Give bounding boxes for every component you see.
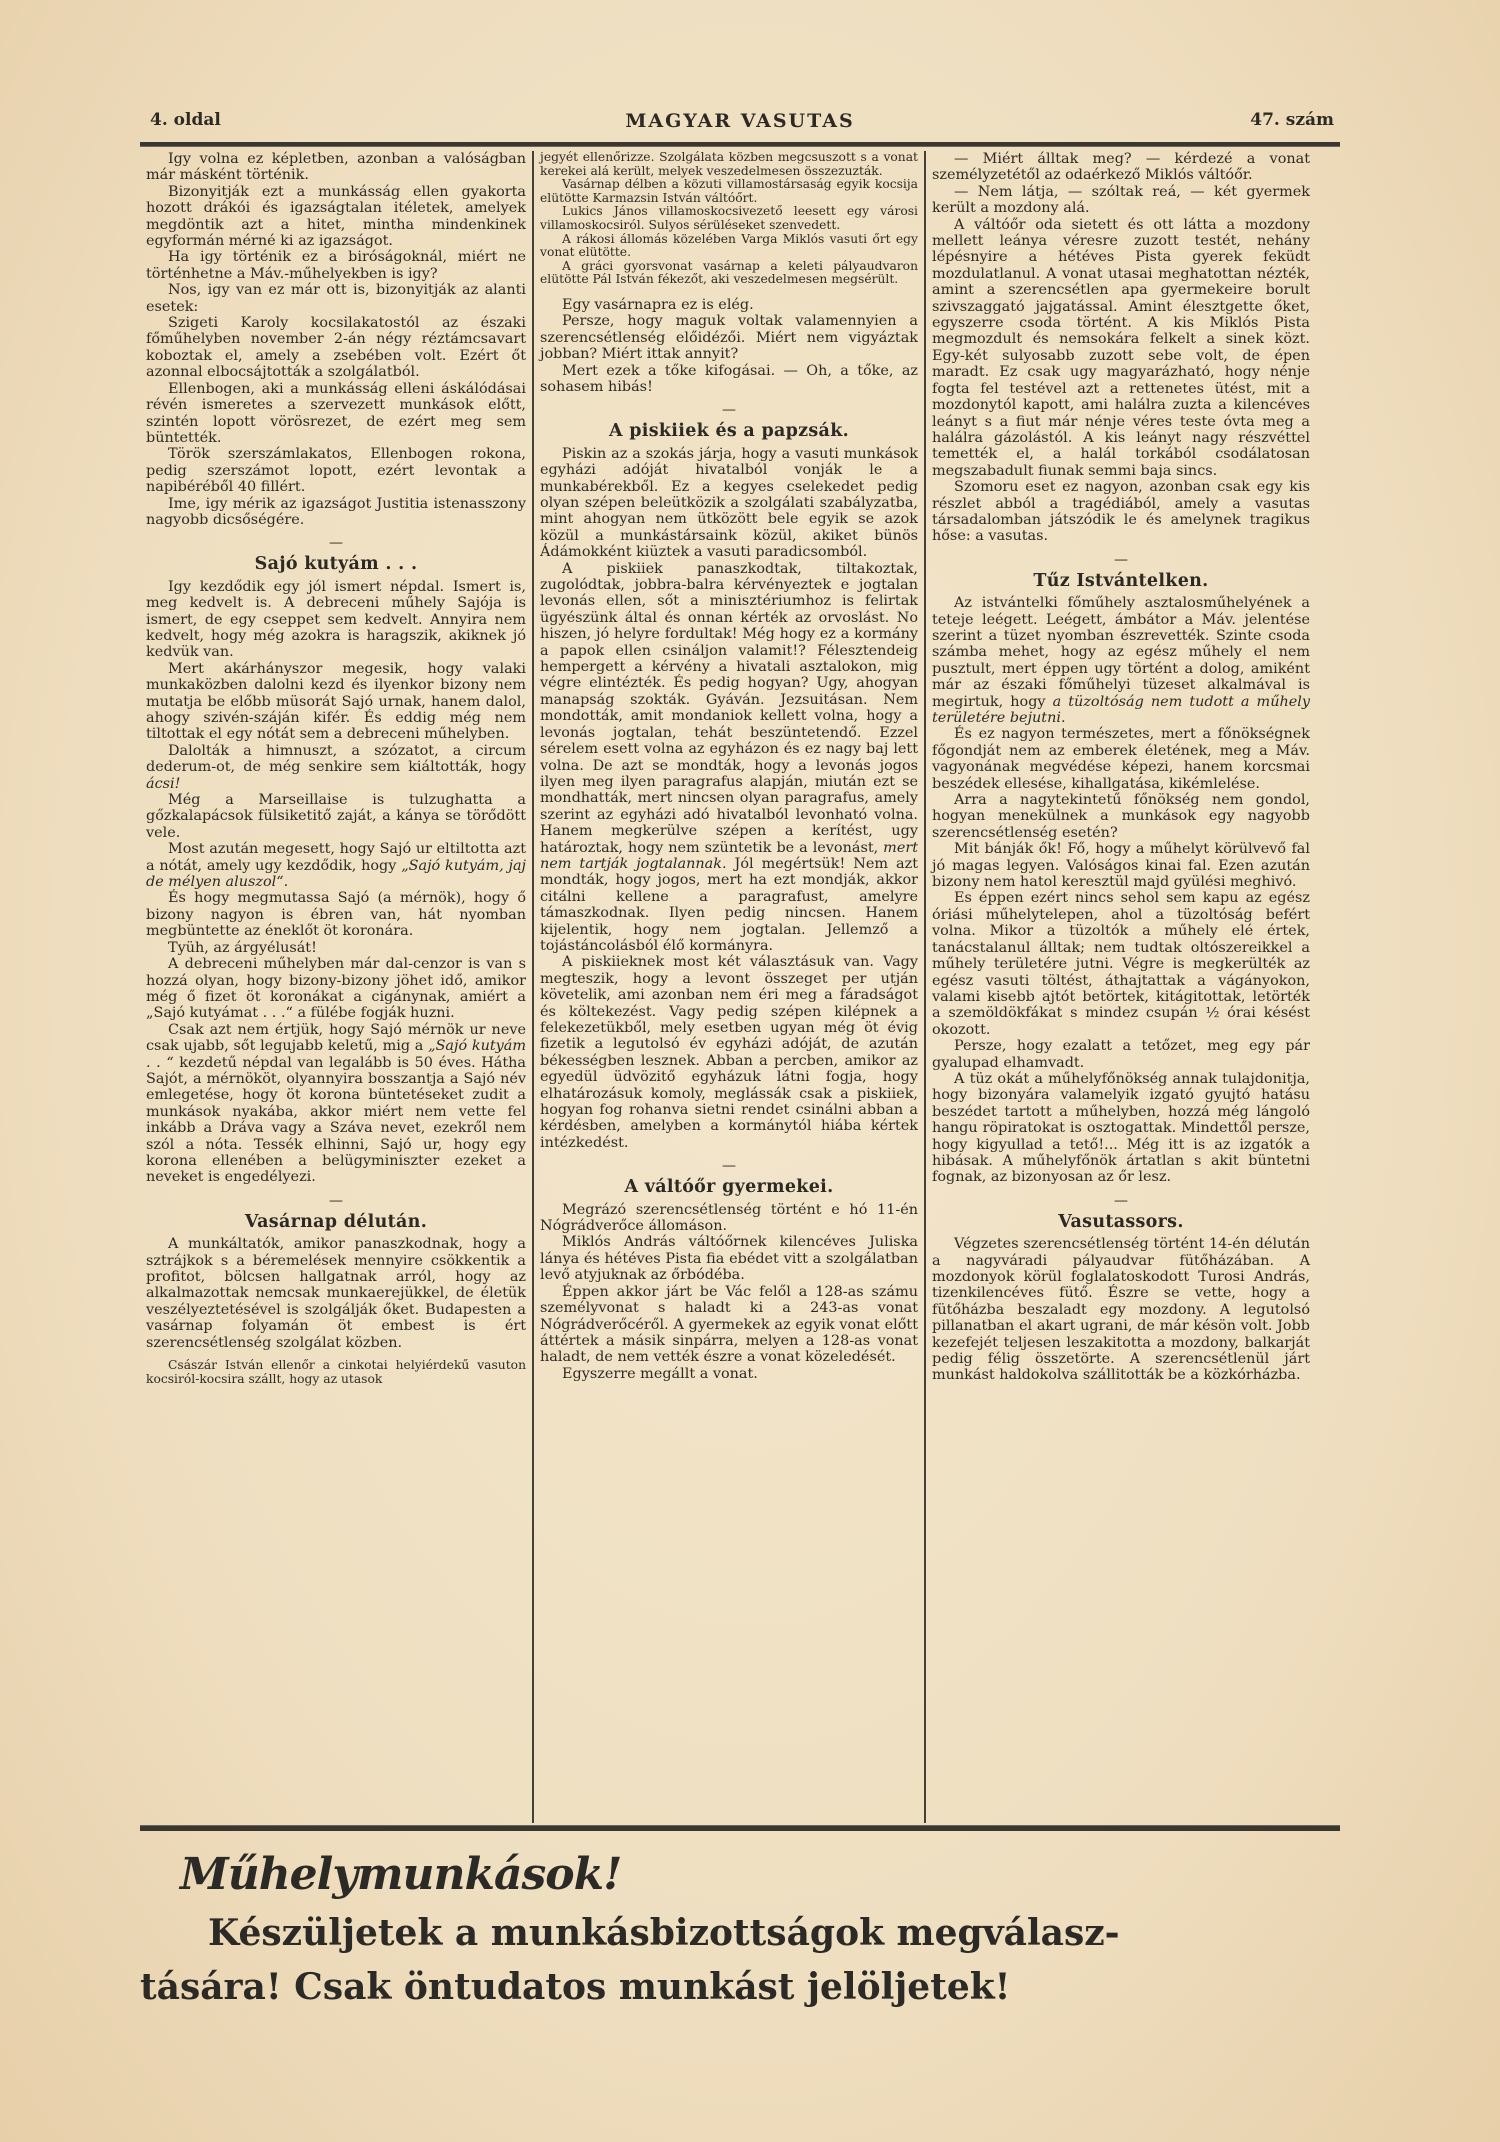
paragraph: A piskiiek panaszkodtak, tiltakoztak, zu… <box>540 561 918 955</box>
paragraph: Mit bánják ők! Fő, hogy a műhelyt körülv… <box>932 841 1310 890</box>
paragraph: Éppen akkor járt be Vác felől a 128-as s… <box>540 1284 918 1366</box>
paragraph: Megrázó szerencsétlenség történt e hó 11… <box>540 1202 918 1235</box>
paragraph: Végzetes szerencsétlenség történt 14-én … <box>932 1236 1310 1384</box>
paragraph: Mert ezek a tőke kifogásai. — Oh, a tőke… <box>540 363 918 396</box>
paragraph: És hogy megmutassa Sajó (a mérnök), hogy… <box>146 890 526 939</box>
newspaper-title: MAGYAR VASUTAS <box>140 110 1340 132</box>
paragraph: Ha igy történik ez a biróságoknál, miért… <box>146 249 526 282</box>
header-rule <box>140 142 1340 147</box>
article-title-vasutassors: Vasutassors. <box>932 1214 1310 1230</box>
paragraph: Piskin az a szokás járja, hogy a vasuti … <box>540 446 918 561</box>
article-title-piskiiek: A piskiiek és a papzsák. <box>540 423 918 439</box>
paragraph: És ez nagyon természetes, mert a főnöksé… <box>932 726 1310 792</box>
paragraph: A piskiieknek most két választásuk van. … <box>540 954 918 1151</box>
section-separator: — <box>540 405 918 415</box>
paragraph: Szigeti Karoly kocsilakatostól az északi… <box>146 315 526 381</box>
paragraph: — Miért álltak meg? — kérdezé a vonat sz… <box>932 151 1310 184</box>
paragraph: Egyszerre megállt a vonat. <box>540 1366 918 1382</box>
banner-line-1: Készüljetek a munkásbizottságok megválas… <box>140 1906 1340 1960</box>
column-2: jegyét ellenőrizze. Szolgálata közben me… <box>532 151 924 1823</box>
paragraph: Vasárnap délben a közuti villamostársasá… <box>540 178 918 205</box>
paragraph: Szomoru eset ez nagyon, azonban csak egy… <box>932 479 1310 545</box>
columns: Igy volna ez képletben, azonban a valósá… <box>140 151 1340 1823</box>
article-title-valtoor: A váltóőr gyermekei. <box>540 1179 918 1195</box>
paragraph: Mert akárhányszor megesik, hogy valaki m… <box>146 661 526 743</box>
issue-number: 47. szám <box>1250 110 1334 130</box>
paragraph: Dalolták a himnuszt, a szózatot, a circu… <box>146 743 526 792</box>
paragraph: Tyüh, az árgyélusát! <box>146 940 526 956</box>
paragraph: Persze, hogy maguk voltak valamennyien a… <box>540 313 918 362</box>
section-separator: — <box>540 1161 918 1171</box>
paragraph: Persze, hogy ezalatt a tetőzet, meg egy … <box>932 1038 1310 1071</box>
paragraph: A váltóőr oda sietett és ott látta a moz… <box>932 217 1310 480</box>
paragraph: Ime, igy mérik az igazságot Justitia ist… <box>146 496 526 529</box>
article-title-tuz: Tűz Istvántelken. <box>932 573 1310 589</box>
paragraph: Igy kezdődik egy jól ismert népdal. Isme… <box>146 579 526 661</box>
section-separator: — <box>146 1196 526 1206</box>
paragraph: Még a Marseillaise is tulzughatta a gőzk… <box>146 792 526 841</box>
paragraph: Igy volna ez képletben, azonban a valósá… <box>146 151 526 184</box>
paragraph: Az istvántelki főműhely asztalosműhelyén… <box>932 595 1310 726</box>
paragraph: A munkáltatók, amikor panaszkodnak, hogy… <box>146 1236 526 1351</box>
section-separator: — <box>146 538 526 548</box>
column-3: — Miért álltak meg? — kérdezé a vonat sz… <box>924 151 1316 1823</box>
paragraph: Arra a nagytekintetű főnökség nem gondol… <box>932 792 1310 841</box>
banner-title: Műhelymunkások! <box>180 1849 1340 1900</box>
paragraph: jegyét ellenőrizze. Szolgálata közben me… <box>540 151 918 178</box>
paragraph: A gráci gyorsvonat vasárnap a keleti pál… <box>540 260 918 287</box>
paragraph: Miklós András váltóőrnek kilencéves Juli… <box>540 1234 918 1283</box>
paragraph: Ellenbogen, aki a munkásság elleni áskál… <box>146 381 526 447</box>
paragraph: Bizonyitják ezt a munkásság ellen gyakor… <box>146 184 526 250</box>
masthead: 4. oldal MAGYAR VASUTAS 47. szám <box>140 108 1340 138</box>
section-separator: — <box>932 555 1310 565</box>
text-run: Dalolták a himnuszt, a szózatot, a circu… <box>146 743 526 775</box>
paragraph: Es éppen ezért nincs sehol sem kapu az e… <box>932 890 1310 1038</box>
article-title-vasarnap: Vasárnap délután. <box>146 1214 526 1230</box>
banner-line-2: tására! Csak öntudatos munkást jelöljete… <box>140 1960 1340 2014</box>
paragraph: Császár István ellenőr a cinkotai helyié… <box>146 1359 526 1386</box>
announcement-banner: Műhelymunkások! Készüljetek a munkásbizo… <box>140 1831 1340 2014</box>
article-title-sajo: Sajó kutyám . . . <box>146 556 526 572</box>
text-run: Az istvántelki főműhely asztalosműhelyén… <box>932 595 1310 709</box>
paragraph: Török szerszámlakatos, Ellenbogen rokona… <box>146 446 526 495</box>
paragraph: A debreceni műhelyben már dal-cenzor is … <box>146 956 526 1022</box>
paragraph: Most azután megesett, hogy Sajó ur eltil… <box>146 841 526 890</box>
italic-phrase: ácsi! <box>146 776 180 792</box>
text-run: kezdetű népdal van legalább is 50 éves. … <box>146 1055 526 1186</box>
paragraph: Nos, igy van ez már ott is, bizonyitják … <box>146 282 526 315</box>
paragraph: — Nem látja, — szóltak reá, — két gyerme… <box>932 184 1310 217</box>
paragraph: A tüz okát a műhelyfőnökség annak tulajd… <box>932 1071 1310 1186</box>
paragraph: Egy vasárnapra ez is elég. <box>540 297 918 313</box>
paragraph: Lukics János villamoskocsivezető leesett… <box>540 205 918 232</box>
newspaper-page: 4. oldal MAGYAR VASUTAS 47. szám Igy vol… <box>140 108 1340 2014</box>
column-1: Igy volna ez képletben, azonban a valósá… <box>140 151 532 1823</box>
text-run: A piskiiek panaszkodtak, tiltakoztak, zu… <box>540 561 918 856</box>
section-separator: — <box>932 1196 1310 1206</box>
paragraph: Csak azt nem értjük, hogy Sajó mérnök ur… <box>146 1022 526 1186</box>
paragraph: A rákosi állomás közelében Varga Miklós … <box>540 233 918 260</box>
